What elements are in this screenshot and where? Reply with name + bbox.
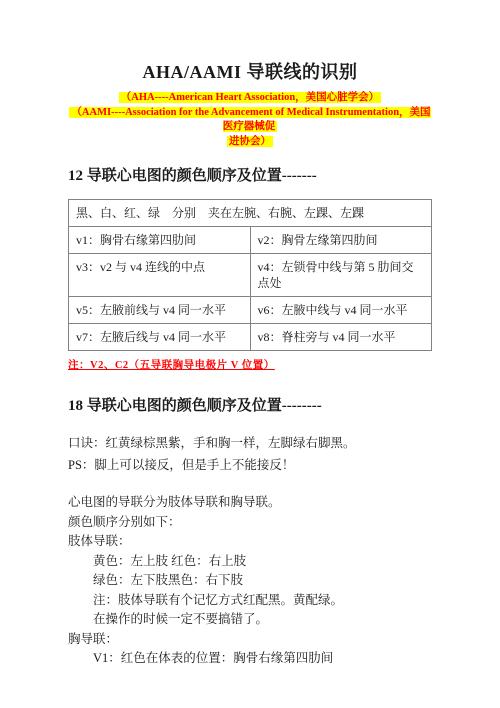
page-title: AHA/AAMI 导联线的识别 — [68, 60, 432, 84]
table-row: v1：胸骨右缘第四肋间 v2：胸骨左缘第四肋间 — [69, 227, 432, 254]
body-line-chest-leads-label: 胸导联： — [68, 630, 432, 650]
aami-note-highlight-2: 进协会） — [227, 136, 273, 147]
body-line-yellow-red: 黄色：左上肢 红色：右上肢 — [68, 552, 432, 572]
cell-v5: v5：左腋前线与 v4 同一水平 — [69, 297, 251, 324]
document-page: AHA/AAMI 导联线的识别 （AHA----American Heart A… — [0, 0, 500, 708]
table-header-cell: 黑、白、红、绿 分别 夹在左腕、右腕、左踝、左踝 — [69, 200, 432, 227]
body-line-color-order: 颜色顺序分别如下： — [68, 513, 432, 533]
body-line-memory-note: 注：肢体导联有个记忆方式红配黑。黄配绿。 — [68, 591, 432, 611]
lead-position-table: 黑、白、红、绿 分别 夹在左腕、右腕、左踝、左踝 v1：胸骨右缘第四肋间 v2：… — [68, 199, 432, 351]
body-line-operation-warning: 在操作的时候一定不要搞错了。 — [68, 610, 432, 630]
cell-v1: v1：胸骨右缘第四肋间 — [69, 227, 251, 254]
table-note-v2-c2: 注：V2、C2（五导联胸导电极片 V 位置） — [68, 357, 432, 372]
section-heading-18-lead: 18 导联心电图的颜色顺序及位置-------- — [68, 396, 432, 416]
table-row: v5：左腋前线与 v4 同一水平 v6：左腋中线与 v4 同一水平 — [69, 297, 432, 324]
cell-v3: v3：v2 与 v4 连线的中点 — [69, 254, 251, 297]
aami-note-highlight-1: （AAMI----Association for the Advancement… — [69, 107, 430, 133]
body-line-lead-types: 心电图的导联分为肢体导联和胸导联。 — [68, 493, 432, 513]
aami-note-line-2: 进协会） — [68, 135, 432, 150]
cell-v6: v6：左腋中线与 v4 同一水平 — [250, 297, 432, 324]
table-row: v3：v2 与 v4 连线的中点 v4：左锁骨中线与第 5 肋间交点处 — [69, 254, 432, 297]
body-line-v1-position: V1：红色在体表的位置：胸骨右缘第四肋间 — [68, 649, 432, 669]
body-line-limb-leads-label: 肢体导联： — [68, 532, 432, 552]
mnemonic-line: 口诀：红黄绿棕黑紫，手和胸一样，左脚绿右脚黑。 — [68, 432, 432, 454]
cell-v2: v2：胸骨左缘第四肋间 — [250, 227, 432, 254]
mnemonic-block: 口诀：红黄绿棕黑紫，手和胸一样，左脚绿右脚黑。 PS：脚上可以接反，但是手上不能… — [68, 432, 432, 476]
cell-v4: v4：左锁骨中线与第 5 肋间交点处 — [250, 254, 432, 297]
abbreviation-notes: （AHA----American Heart Association，美国心脏学… — [68, 91, 432, 149]
cell-v8: v8：脊柱旁与 v4 同一水平 — [250, 324, 432, 351]
table-row: 黑、白、红、绿 分别 夹在左腕、右腕、左踝、左踝 — [69, 200, 432, 227]
body-line-green-black: 绿色：左下肢黑色：右下肢 — [68, 571, 432, 591]
body-text-block: 心电图的导联分为肢体导联和胸导联。 颜色顺序分别如下： 肢体导联： 黄色：左上肢… — [68, 493, 432, 669]
cell-v7: v7：左腋后线与 v4 同一水平 — [69, 324, 251, 351]
ps-line: PS：脚上可以接反，但是手上不能接反！ — [68, 454, 432, 476]
section-heading-12-lead: 12 导联心电图的颜色顺序及位置------- — [68, 166, 432, 186]
aha-note-highlight: （AHA----American Heart Association，美国心脏学… — [119, 92, 381, 103]
table-row: v7：左腋后线与 v4 同一水平 v8：脊柱旁与 v4 同一水平 — [69, 324, 432, 351]
aha-note-line: （AHA----American Heart Association，美国心脏学… — [68, 91, 432, 106]
aami-note-line-1: （AAMI----Association for the Advancement… — [68, 106, 432, 135]
